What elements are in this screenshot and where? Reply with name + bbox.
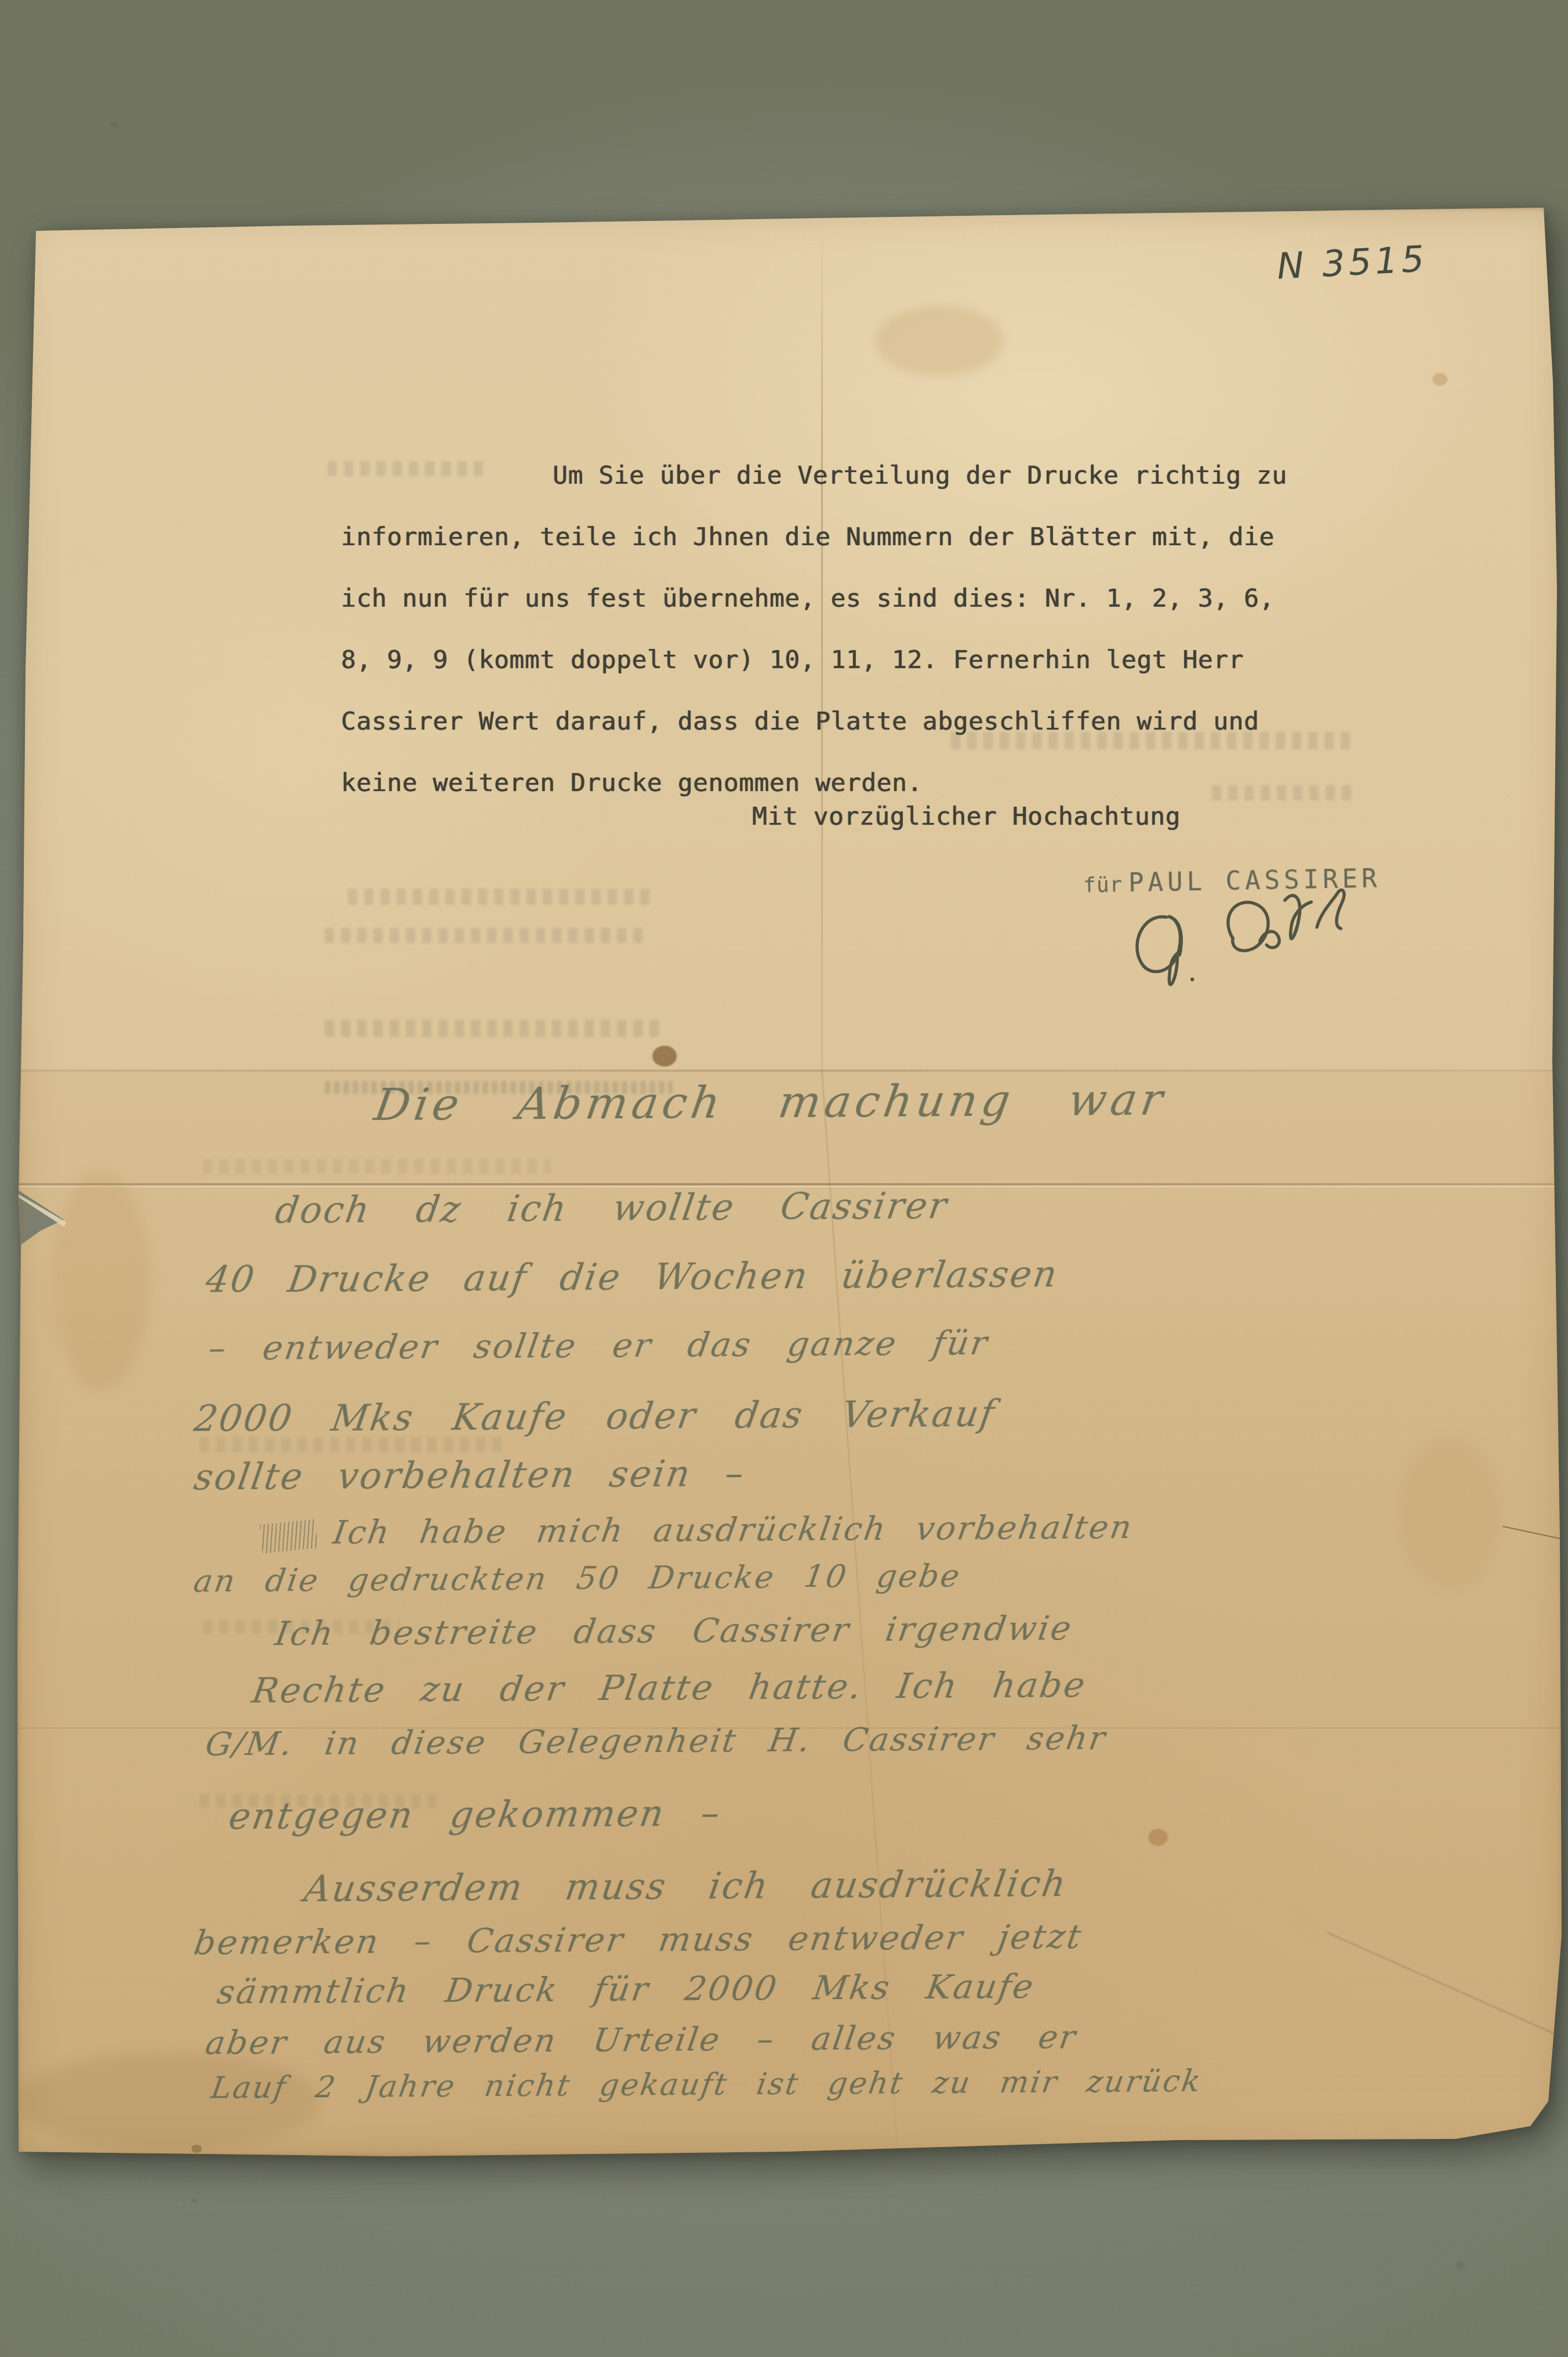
archive-number: N 3515	[1276, 237, 1428, 288]
age-stain	[1432, 373, 1447, 386]
typed-line: keine weiteren Drucke genommen werden.	[341, 768, 923, 797]
handwriting-line: sollte vorbehalten sein –	[191, 1452, 749, 1498]
background-speck	[110, 122, 118, 129]
handwriting-line: – entweder sollte er das ganze für	[206, 1323, 992, 1368]
handwriting-line: 40 Drucke auf die Wochen überlassen	[203, 1253, 1062, 1301]
background-speck	[1456, 2262, 1465, 2269]
horizontal-fold-crease	[17, 1069, 1563, 1072]
handwriting-line: Lauf 2 Jahre nicht gekauft ist geht zu m…	[209, 2064, 1204, 2105]
foxing-patch	[876, 306, 1003, 376]
handwriting-line: bemerken – Cassirer muss entweder jetzt	[191, 1916, 1086, 1962]
handwriting-line: Rechte zu der Platte hatte. Ich habe	[249, 1665, 1090, 1711]
paper-sheet: N 3515 Um Sie über die Verteilung der Dr…	[17, 208, 1563, 2156]
handwriting-line: Ich habe mich ausdrücklich vorbehalten	[331, 1508, 1136, 1551]
handwriting-line: Ich bestreite dass Cassirer irgendwie	[273, 1608, 1076, 1653]
handwriting-line: Ausserdem muss ich ausdrücklich	[302, 1862, 1070, 1910]
crossed-out-word	[260, 1519, 318, 1554]
handwriting-line: entgegen gekommen –	[226, 1792, 724, 1837]
bleed-through-smudge	[348, 889, 649, 905]
typed-line: Um Sie über die Verteilung der Drucke ri…	[553, 461, 1287, 490]
signature	[1109, 869, 1362, 1006]
bleed-through-smudge	[325, 928, 649, 943]
age-stain	[1148, 1829, 1168, 1846]
handwriting-line: doch dz ich wollte Cassirer	[273, 1184, 951, 1231]
bleed-through-smudge	[203, 1159, 551, 1174]
bleed-through-smudge	[328, 461, 490, 476]
typed-line: Cassirer Wert darauf, dass die Platte ab…	[341, 707, 1259, 736]
vertical-fold-crease	[821, 216, 823, 1074]
bleed-through-smudge	[1212, 785, 1357, 800]
scan-background: N 3515 Um Sie über die Verteilung der Dr…	[0, 0, 1568, 2357]
age-stain	[652, 1046, 677, 1067]
handwriting-line: sämmtlich Druck für 2000 Mks Kaufe	[215, 1966, 1037, 2011]
typed-line: 8, 9, 9 (kommt doppelt vor) 10, 11, 12. …	[341, 646, 1244, 675]
background-speck	[191, 2198, 197, 2203]
handwriting-line: aber aus werden Urteile – alles was er	[203, 2018, 1080, 2062]
handwriting-line: an die gedruckten 50 Drucke 10 gebe	[191, 1557, 964, 1599]
handwriting-line: G/M. in diese Gelegenheit H. Cassirer se…	[203, 1719, 1109, 1763]
handwriting-line: Die Abmach machung war	[371, 1073, 1170, 1130]
handwriting-line: 2000 Mks Kaufe oder das Verkauf	[191, 1392, 999, 1440]
typed-line: ich nun für uns fest übernehme, es sind …	[341, 584, 1275, 613]
letter-paper: N 3515 Um Sie über die Verteilung der Dr…	[17, 208, 1563, 2156]
age-stain	[191, 2145, 202, 2153]
bleed-through-smudge	[325, 1020, 661, 1037]
typed-line: informieren, teile ich Jhnen die Nummern…	[341, 523, 1275, 552]
typed-closing: Mit vorzüglicher Hochachtung	[752, 802, 1181, 831]
